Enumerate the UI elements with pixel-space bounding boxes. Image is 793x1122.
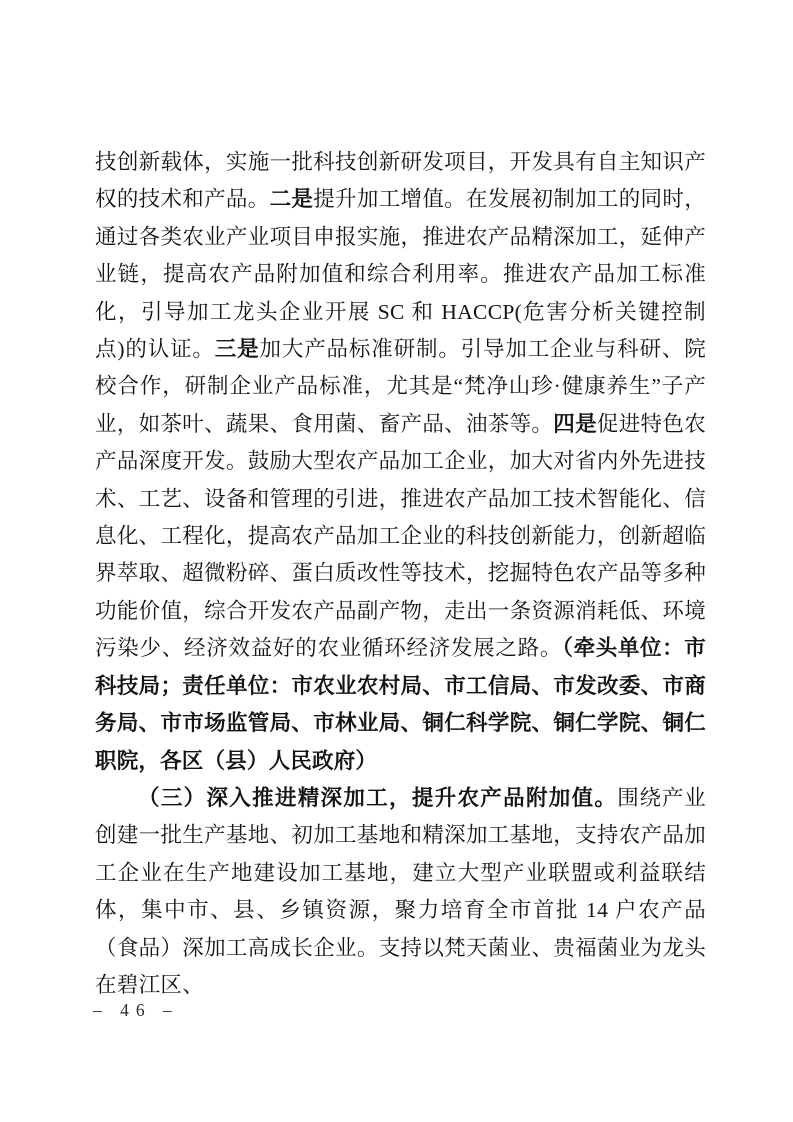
- emphasis-run-second: 二是: [270, 187, 314, 211]
- emphasis-run-third: 三是: [215, 337, 260, 361]
- emphasis-run-fourth: 四是: [553, 412, 597, 436]
- document-page: 技创新载体，实施一批科技创新研发项目，开发具有自主知识产权的技术和产品。二是提升…: [0, 0, 793, 1122]
- body-text-run: 提升加工增值。在发展初制加工的同时，通过各类农业产业项目申报实施，推进农产品精深…: [95, 187, 706, 361]
- body-text-run: 围绕产业创建一批生产基地、初加工基地和精深加工基地，支持农产品加工企业在生产地建…: [95, 786, 706, 997]
- body-text-run: 促进特色农产品深度开发。鼓励大型农产品加工企业，加大对省内外先进技术、工艺、设备…: [95, 412, 706, 660]
- page-number: – 46 –: [93, 1000, 179, 1021]
- paragraph-continuation: 技创新载体，实施一批科技创新研发项目，开发具有自主知识产权的技术和产品。二是提升…: [95, 144, 706, 780]
- paragraph-section-three: （三）深入推进精深加工，提升农产品附加值。围绕产业创建一批生产基地、初加工基地和…: [95, 780, 706, 1004]
- section-heading-run: （三）深入推进精深加工，提升农产品附加值。: [138, 786, 617, 810]
- document-body: 技创新载体，实施一批科技创新研发项目，开发具有自主知识产权的技术和产品。二是提升…: [95, 144, 706, 1004]
